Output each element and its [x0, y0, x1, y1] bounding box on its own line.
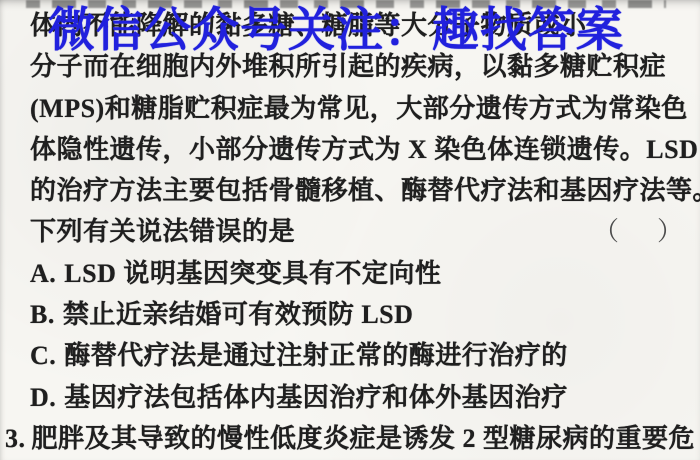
option-c-label: C.	[30, 341, 56, 370]
option-b-text: 禁止近亲结婚可有效预防 LSD	[63, 300, 414, 329]
option-c: C.酶替代疗法是通过注射正常的酶进行治疗的	[30, 335, 695, 376]
next-question-line: 3.肥胖及其导致的慢性低度炎症是诱发 2 型糖尿病的重要危	[5, 418, 695, 459]
next-question-number: 3.	[5, 424, 26, 453]
option-d-label: D.	[30, 383, 56, 412]
option-d: D.基因疗法包括体内基因治疗和体外基因治疗	[30, 377, 695, 418]
option-b: B.禁止近亲结婚可有效预防 LSD	[30, 294, 695, 335]
stem-line-5: 的治疗方法主要包括骨髓移植、酶替代疗法和基因疗法等。	[30, 170, 695, 211]
answer-brackets: （ ）	[593, 211, 689, 252]
next-question-text: 肥胖及其导致的慢性低度炎症是诱发 2 型糖尿病的重要危	[32, 424, 696, 453]
wechat-watermark: 微信公众号关注：趣找答案	[48, 1, 624, 59]
stem-line-3: (MPS)和糖脂贮积症最为常见，大部分遗传方式为常染色	[30, 88, 695, 129]
option-d-text: 基因疗法包括体内基因治疗和体外基因治疗	[64, 383, 568, 412]
option-c-text: 酶替代疗法是通过注射正常的酶进行治疗的	[64, 341, 568, 370]
stem-line-6: 下列有关说法错误的是 （ ）	[30, 211, 695, 252]
scanned-exam-page: 体内不能降解的黏多糖、糖脂等大分子物质或小 分子而在细胞内外堆积所引起的疾病，以…	[0, 0, 700, 460]
stem-line-4: 体隐性遗传，小部分遗传方式为 X 染色体连锁遗传。LSD	[30, 129, 695, 170]
stem-line-6-text: 下列有关说法错误的是	[30, 217, 295, 246]
option-a-label: A.	[30, 259, 56, 288]
option-a-text: LSD 说明基因突变具有不定向性	[64, 259, 441, 288]
option-a: A.LSD 说明基因突变具有不定向性	[30, 253, 695, 294]
option-b-label: B.	[30, 300, 55, 329]
question-block: 体内不能降解的黏多糖、糖脂等大分子物质或小 分子而在细胞内外堆积所引起的疾病，以…	[30, 5, 695, 459]
